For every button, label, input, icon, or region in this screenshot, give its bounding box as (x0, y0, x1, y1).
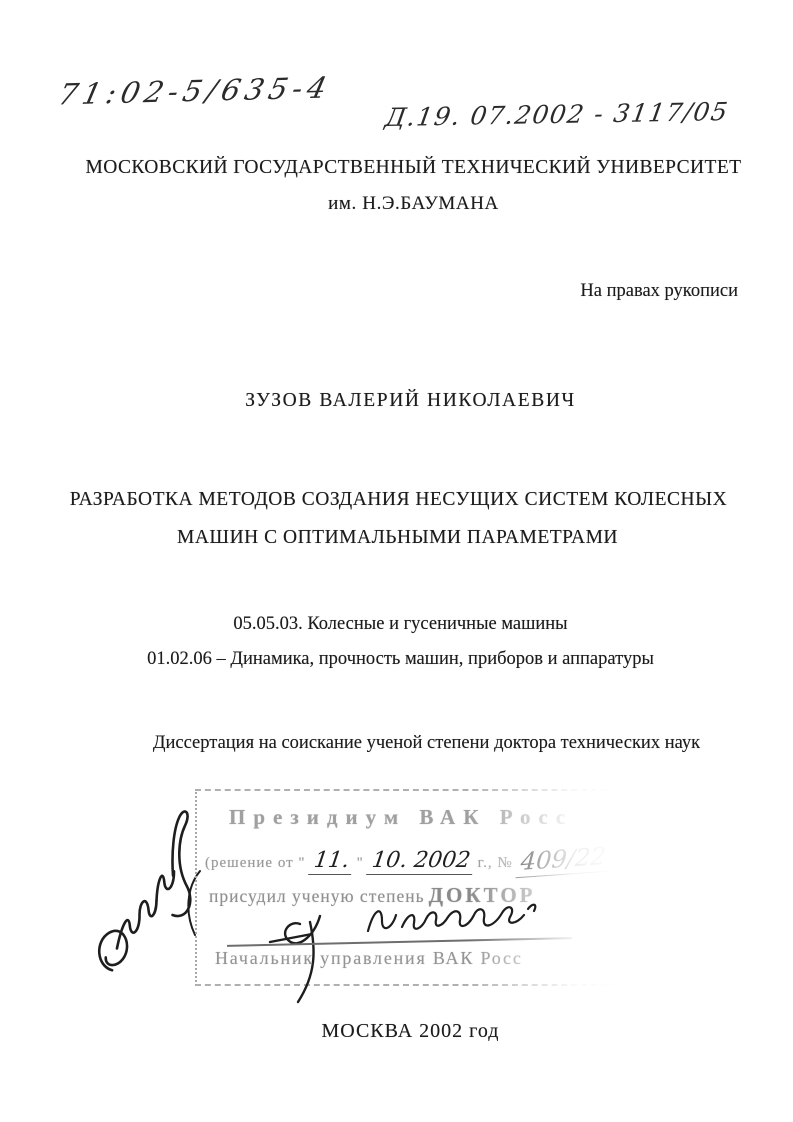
scanned-dissertation-title-page: { "annotations": { "top_left": "71:02-5/… (0, 0, 793, 1122)
official-signature-scribble (362, 897, 552, 941)
handwritten-month-year: 10. 2002 (366, 848, 476, 875)
city-year-footer: МОСКВА 2002 год (14, 1020, 793, 1043)
handwritten-day: 11. (308, 848, 355, 875)
stamp-decision-prefix: (решение от " (205, 855, 306, 871)
dissertation-title-line1: РАЗРАБОТКА МЕТОДОВ СОЗДАНИЯ НЕСУЩИХ СИСТ… (2, 489, 793, 511)
degree-seeking-note: Диссертация на соискание ученой степени … (30, 733, 793, 754)
specialty-code-1: 05.05.03. Колесные и гусеничные машины (4, 614, 793, 635)
author-name: ЗУЗОВ ВАЛЕРИЙ НИКОЛАЕВИЧ (14, 390, 793, 412)
university-branch: им. Н.Э.БАУМАНА (17, 193, 793, 215)
stamp-fade-overlay (469, 789, 619, 986)
stamp-close-quote: " (357, 855, 364, 871)
handwritten-registry-number: 71:02-5/635-4 (55, 70, 334, 111)
vak-approval-stamp: Президиум ВАК Росс (решение от " 11. " 1… (195, 789, 617, 986)
dissertation-title-line2: МАШИН С ОПТИМАЛЬНЫМИ ПАРАМЕТРАМИ (1, 527, 793, 549)
specialty-code-2: 01.02.06 – Динамика, прочность машин, пр… (4, 649, 793, 670)
manuscript-rights-note: На правах рукописи (0, 281, 738, 302)
handwritten-date-number: Д.19. 07.2002 - 3117/05 (383, 97, 731, 132)
university-name: МОСКОВСКИЙ ГОСУДАРСТВЕННЫЙ ТЕХНИЧЕСКИЙ У… (17, 157, 793, 179)
